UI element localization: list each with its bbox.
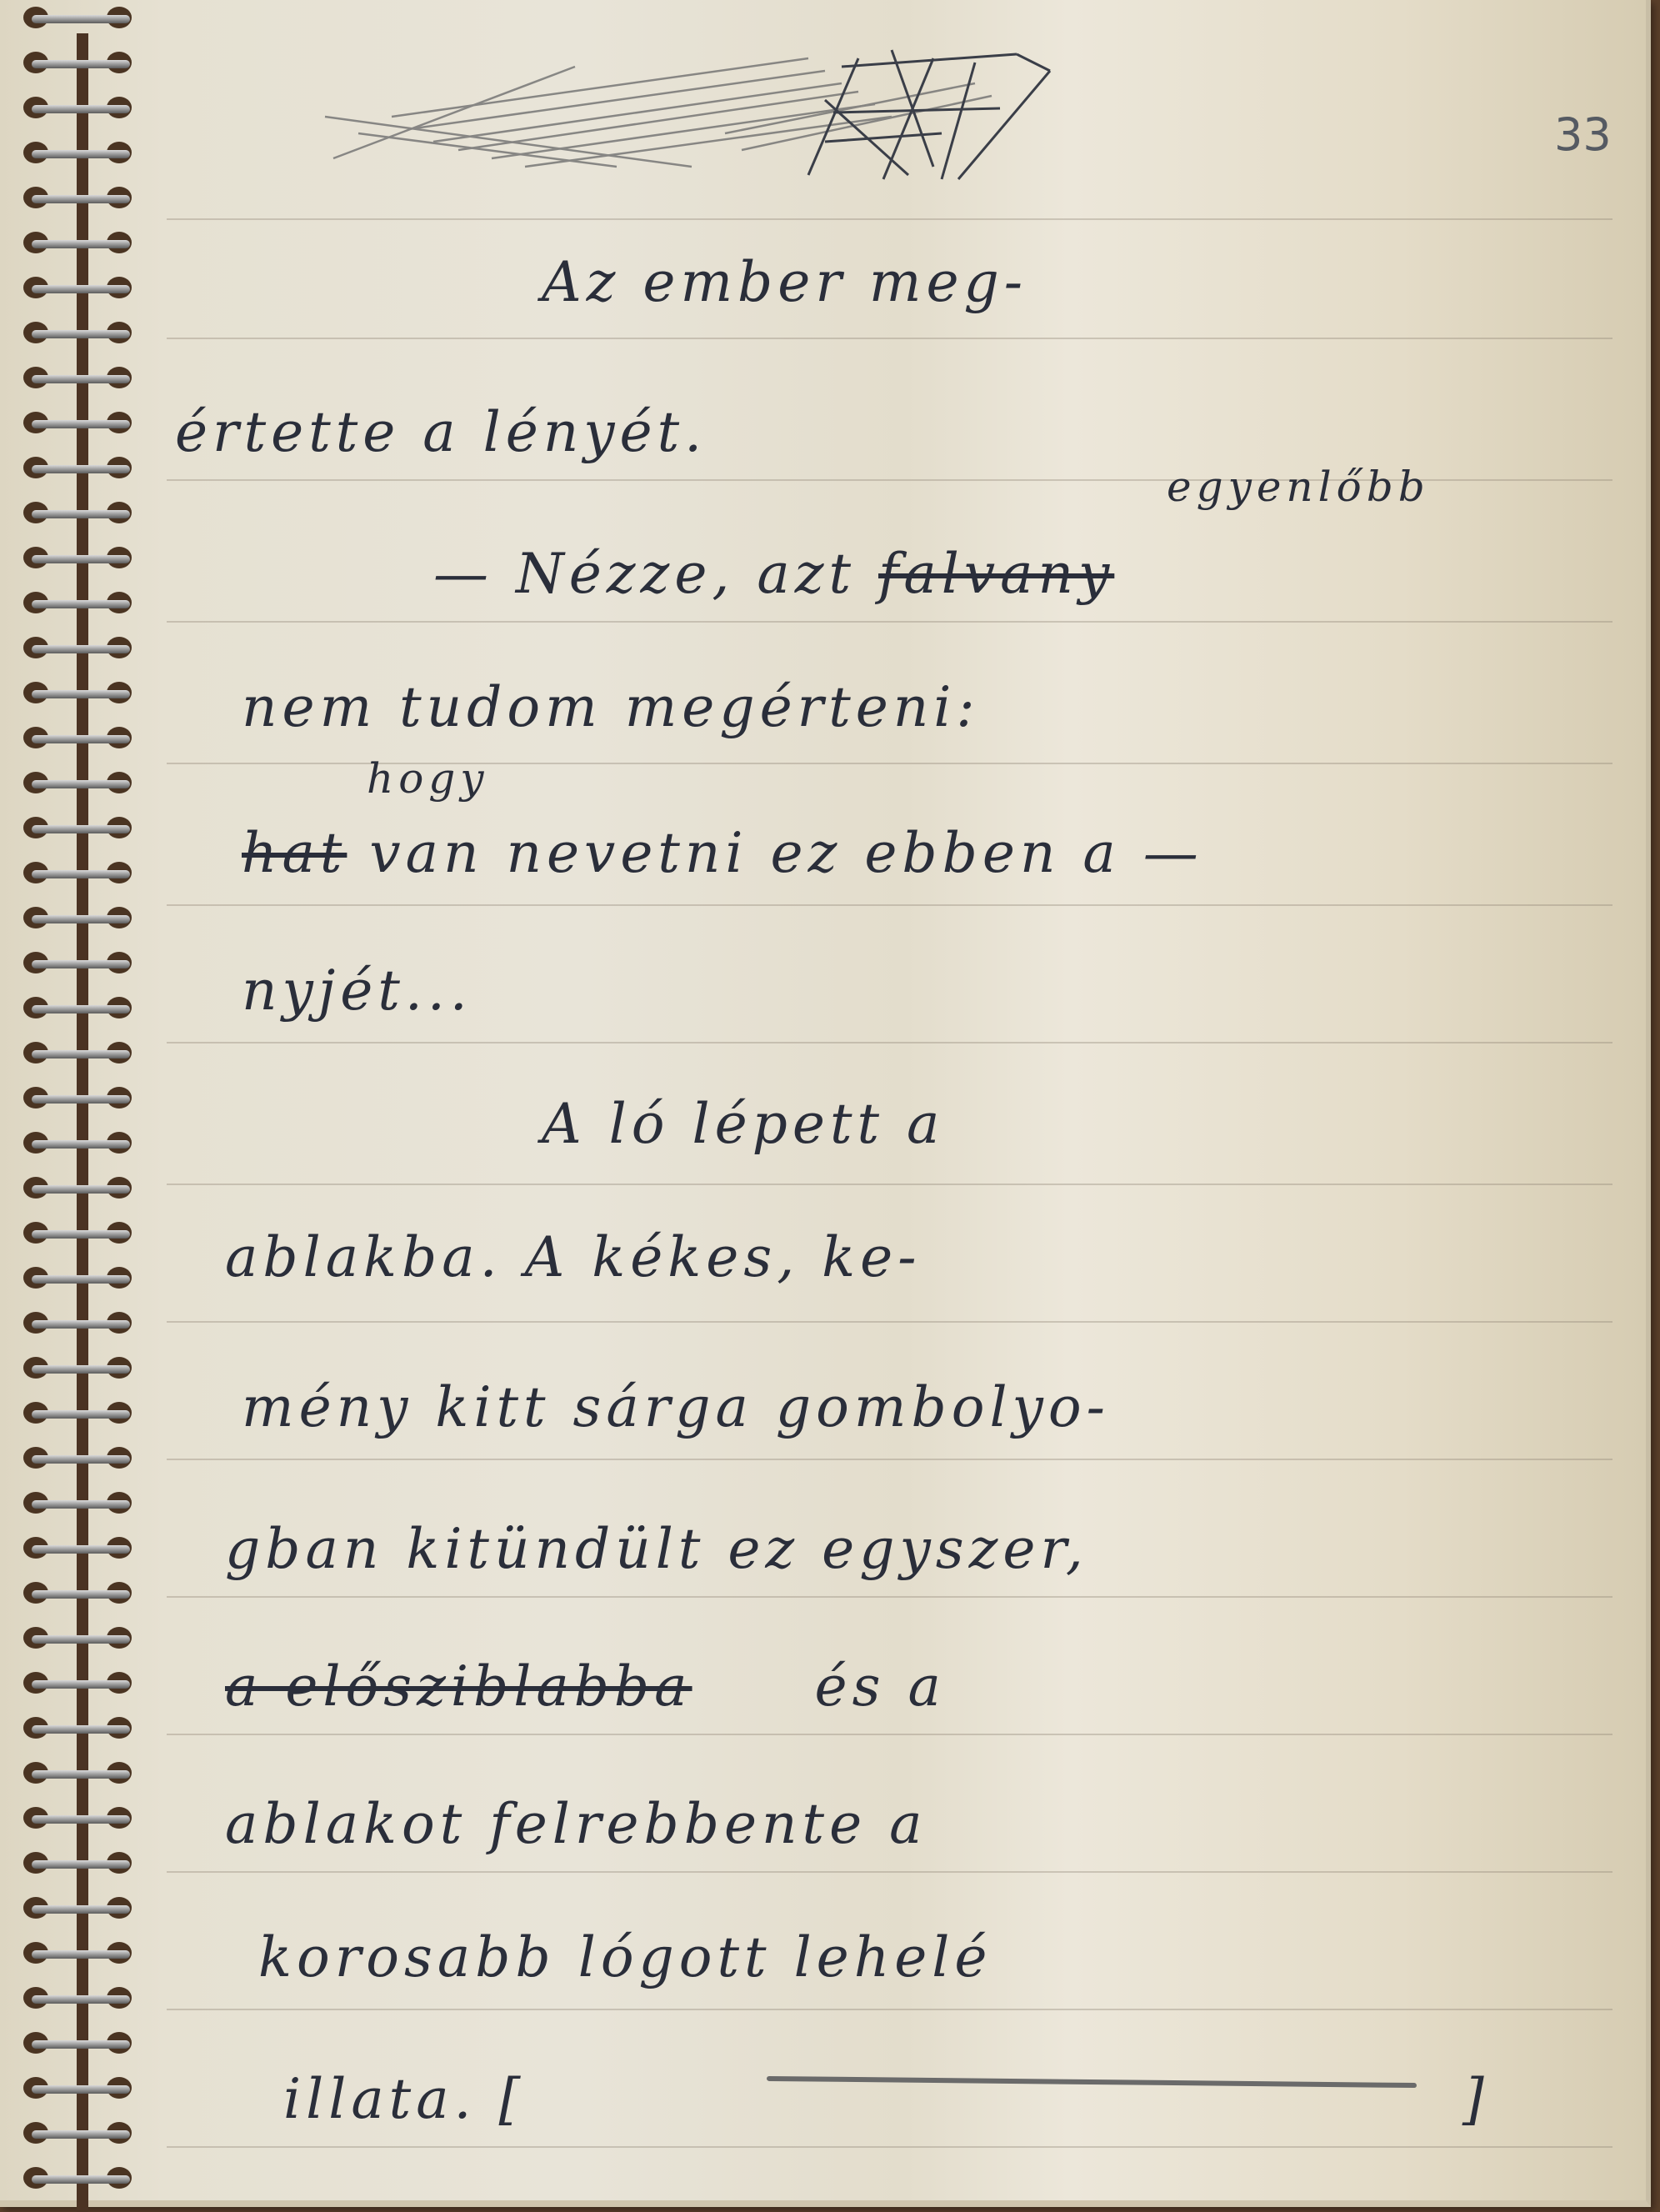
spiral-coil bbox=[23, 1625, 132, 1650]
binding-spine bbox=[77, 33, 88, 2212]
ruled-line bbox=[167, 2146, 1612, 2148]
struck-word: falvany bbox=[878, 542, 1114, 606]
spiral-coil bbox=[23, 1175, 132, 1200]
insertion-above-line-5: hogy bbox=[367, 754, 489, 803]
page-number: 33 bbox=[1554, 108, 1612, 161]
spiral-coil bbox=[23, 320, 132, 345]
ruled-line bbox=[167, 2009, 1612, 2010]
text-line-5-main: van nevetni ez ebben a — bbox=[369, 821, 1202, 885]
spiral-coil bbox=[23, 1085, 132, 1110]
notebook-page: 33 Az ember meg- értette a lényét. egyen… bbox=[0, 0, 1651, 2207]
spiral-coil bbox=[23, 1130, 132, 1155]
spiral-coil bbox=[23, 140, 132, 165]
spiral-coil bbox=[23, 635, 132, 660]
spiral-coil bbox=[23, 1040, 132, 1065]
spiral-coil bbox=[23, 995, 132, 1020]
spiral-coil bbox=[23, 770, 132, 795]
long-dash-line bbox=[767, 2076, 1417, 2088]
spiral-coil bbox=[23, 455, 132, 480]
spiral-coil bbox=[23, 1805, 132, 1830]
spiral-coil bbox=[23, 1535, 132, 1560]
text-line-14: illata. [ bbox=[283, 2067, 525, 2131]
ruled-line bbox=[167, 1871, 1612, 1873]
spiral-coil bbox=[23, 365, 132, 390]
spiral-binding bbox=[8, 0, 133, 2212]
spiral-coil bbox=[23, 950, 132, 975]
spiral-coil bbox=[23, 1490, 132, 1515]
spiral-coil bbox=[23, 1940, 132, 1965]
spiral-coil bbox=[23, 1220, 132, 1245]
struck-word: hat bbox=[242, 821, 347, 885]
text-line-5: hat van nevetni ez ebben a — bbox=[242, 821, 1203, 885]
ruled-line bbox=[167, 1184, 1612, 1185]
spiral-coil bbox=[23, 1580, 132, 1605]
spiral-coil bbox=[23, 725, 132, 750]
text-line-12: ablakot felrebbente a bbox=[225, 1792, 927, 1856]
spiral-coil bbox=[23, 1670, 132, 1695]
text-line-6: nyjét... bbox=[242, 958, 472, 1023]
text-line-13: korosabb lógott lehelé bbox=[258, 1925, 992, 1989]
text-line-3-main: — Nézze, azt bbox=[433, 542, 856, 606]
spiral-coil bbox=[23, 185, 132, 210]
spiral-coil bbox=[23, 1265, 132, 1290]
spiral-coil bbox=[23, 1310, 132, 1335]
spiral-coil bbox=[23, 815, 132, 840]
ruled-line bbox=[167, 338, 1612, 339]
ruled-line bbox=[167, 621, 1612, 623]
text-line-10: gban kitündült ez egyszer, bbox=[225, 1517, 1088, 1581]
ruled-line bbox=[167, 904, 1612, 906]
spiral-coil bbox=[23, 2075, 132, 2100]
ruled-line bbox=[167, 1459, 1612, 1460]
spiral-coil bbox=[23, 1850, 132, 1875]
spiral-coil bbox=[23, 1445, 132, 1470]
spiral-coil bbox=[23, 1985, 132, 2010]
spiral-coil bbox=[23, 1355, 132, 1380]
closing-bracket: ] bbox=[1462, 2067, 1489, 2131]
spiral-coil bbox=[23, 50, 132, 75]
ruled-line bbox=[167, 1734, 1612, 1735]
struck-phrase: a elősziblabba bbox=[225, 1654, 692, 1719]
spiral-coil bbox=[23, 680, 132, 705]
text-line-4: nem tudom megérteni: bbox=[242, 675, 980, 739]
text-line-7: A ló lépett a bbox=[542, 1092, 944, 1156]
spiral-coil bbox=[23, 2030, 132, 2055]
text-line-1: Az ember meg- bbox=[542, 250, 1027, 314]
spiral-coil bbox=[23, 1760, 132, 1785]
spiral-coil bbox=[23, 1400, 132, 1425]
ruled-line bbox=[167, 1042, 1612, 1043]
ruled-line bbox=[167, 218, 1612, 220]
insertion-above-line-3: egyenlőbb bbox=[1167, 463, 1430, 511]
ruled-line bbox=[167, 1321, 1612, 1323]
spiral-coil bbox=[23, 230, 132, 255]
text-line-9: mény kitt sárga gombolyo- bbox=[242, 1375, 1110, 1439]
text-line-3: — Nézze, azt falvany bbox=[433, 542, 1114, 606]
text-line-8: ablakba. A kékes, ke- bbox=[225, 1225, 922, 1289]
spiral-coil bbox=[23, 590, 132, 615]
text-line-11-main: és a bbox=[815, 1654, 946, 1719]
spiral-coil bbox=[23, 1895, 132, 1920]
spiral-coil bbox=[23, 545, 132, 570]
spiral-coil bbox=[23, 500, 132, 525]
spiral-coil bbox=[23, 410, 132, 435]
spiral-coil bbox=[23, 2165, 132, 2190]
ruled-line bbox=[167, 1596, 1612, 1598]
spiral-coil bbox=[23, 1715, 132, 1740]
pencil-sketch bbox=[225, 33, 1075, 183]
spiral-coil bbox=[23, 2120, 132, 2145]
spiral-coil bbox=[23, 275, 132, 300]
text-line-2: értette a lényét. bbox=[175, 400, 707, 464]
spiral-coil bbox=[23, 95, 132, 120]
spiral-coil bbox=[23, 905, 132, 930]
spiral-coil bbox=[23, 860, 132, 885]
spiral-coil bbox=[23, 5, 132, 30]
text-line-11: a elősziblabba és a bbox=[225, 1654, 946, 1719]
